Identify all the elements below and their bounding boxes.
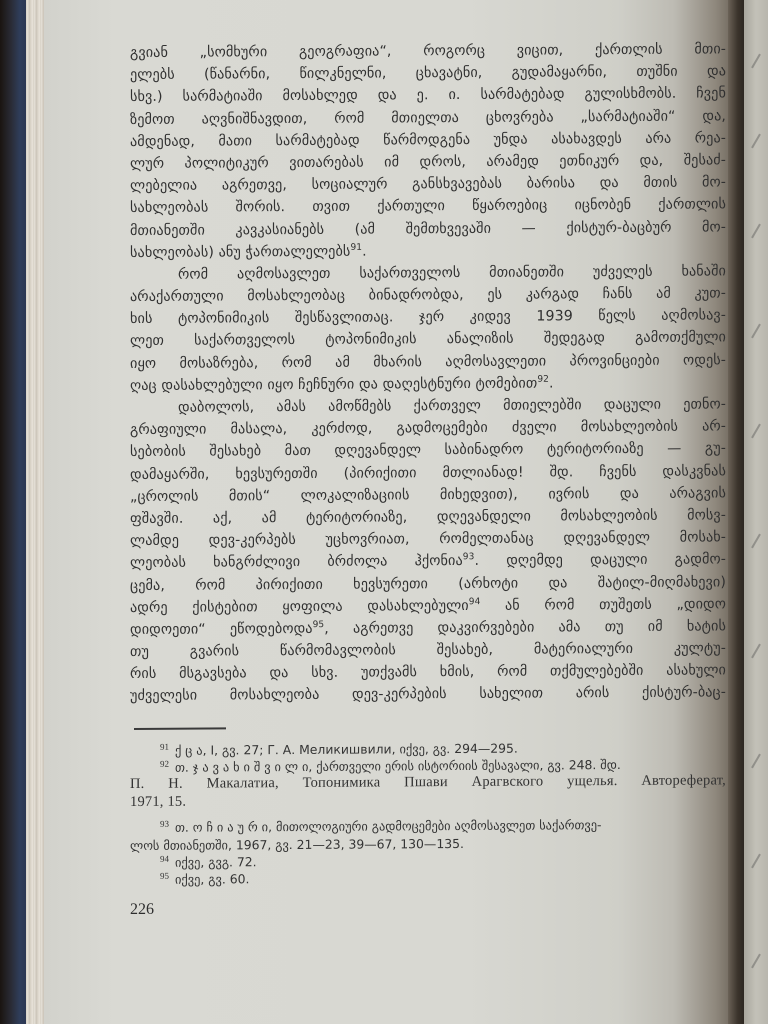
text-fragment: ან რომ თუშეთს „დიდო [480,596,726,614]
facing-page-text [751,954,761,969]
facing-page-text [751,644,761,659]
text-line: სხვ.) სარმატიაში მოსახლედ და ე. ი. სარმა… [130,83,726,109]
facing-page-text [751,324,761,339]
text-line: სახლეობას შორის. თვით ქართული წყაროებიც … [130,194,726,220]
text-fragment: ადრე ქისტებით ყოფილა დასახლებული [130,598,469,616]
footnote-text: თ. ჯ ა ვ ა ხ ი შ ვ ი ლ ი, ქართველი ერის … [175,757,621,775]
footnote-ref-94[interactable]: 94 [469,597,481,607]
paragraph: რომ აღმოსავლეთ საქართველოს მთიანეთში უძვ… [130,260,726,397]
facing-page [744,0,768,1024]
book-cover-edge [0,0,28,1024]
footnote-ref-95[interactable]: 95 [313,620,325,630]
facing-page-text [751,424,761,439]
facing-page-text [751,224,761,239]
footnote-text: ქ ც ა, I, გვ. 27; Г. А. Меликишвили, იქვ… [175,740,518,757]
paragraph: გვიან „სომხური გეოგრაფია“, როგორც ვიცით,… [130,38,726,264]
text-line: ზემოთ აღვნიშნავდით, რომ მთიელთა ცხოვრება… [130,105,726,131]
text-line: ლეთ საქართველოს ტოპონიმიკის ანალიზის შედ… [130,327,726,353]
page-content: გვიან „სომხური გეოგრაფია“, როგორც ვიცით,… [130,38,726,918]
footnote-text: იქვე, გვ. 60. [175,872,249,887]
facing-page-text [751,854,761,869]
footnote-ref-92[interactable]: 92 [537,375,549,385]
text-fragment: ლეობას ხანგრძლივი ბრძოლა ჰქონია [130,553,463,571]
page-number: 226 [130,897,726,919]
footnote-92-cont: П. Н. Макалатиа, Топонимика Пшави Арагвс… [130,773,726,794]
footnote-95: 95იქვე, გვ. 60. [130,868,726,889]
facing-page-text [751,54,761,69]
text-fragment: დიდოეთი“ ეწოდებოდა [130,621,313,638]
text-fragment: . [549,375,554,391]
text-fragment: , აგრეთვე დაკვირვებები ამა თუ იმ ხატის [324,618,726,636]
footnote-ref-93[interactable]: 93 [463,552,475,562]
text-line: ცემა, რომ პირიქითი ხევსურეთი (არხოტი და … [130,571,726,597]
footnote-number: 95 [160,871,169,881]
text-line: დამაყარში, ხევსურეთში (პირიქითი მთლიანად… [130,460,726,486]
footnote-number: 93 [160,819,169,829]
footnote-text: იქვე, გვგ. 72. [175,854,257,869]
text-fragment: სახლეობას) ანუ ჭართალელებს [130,243,350,260]
text-line: ლეობას ხანგრძლივი ბრძოლა ჰქონია93. დღემდ… [130,549,726,575]
text-line: სებობის შესახებ მათ დღევანდელ საბინადრო … [130,438,726,464]
text-fragment: . დღემდე დაცული გადმო- [474,552,726,570]
footnote-number: 91 [160,741,169,751]
facing-page-text [751,134,761,149]
footnote-number: 94 [160,854,169,864]
text-line: იყო მოსაზრება, რომ ამ მხარის აღმოსავლეთი… [130,349,726,375]
text-fragment: . [362,243,367,259]
facing-page-text [751,534,761,549]
footnote-number: 92 [160,759,169,769]
footnote-text: თ. ო ჩ ი ა უ რ ი, მითოლოგიური გადმოცემებ… [175,817,602,835]
paragraph: დაბოლოს, ამას ამოწმებს ქართველ მთიელებში… [130,393,726,707]
text-fragment: ღაც დასახლებული იყო ჩეჩნური და დაღესტნურ… [130,375,537,393]
text-line: მთიანეთში კავკასიანებს (ამ შემთხვევაში —… [130,216,726,242]
text-line: უძველესი მოსახლეობა დევ-კერპების სახელით… [130,682,726,708]
facing-page-text [751,754,761,769]
book-gutter [728,0,744,1024]
footnotes-section: 91ქ ც ა, I, გვ. 27; Г. А. Меликишвили, ი… [130,738,726,889]
footnote-ref-91[interactable]: 91 [350,243,362,253]
footnote-separator [134,727,226,730]
